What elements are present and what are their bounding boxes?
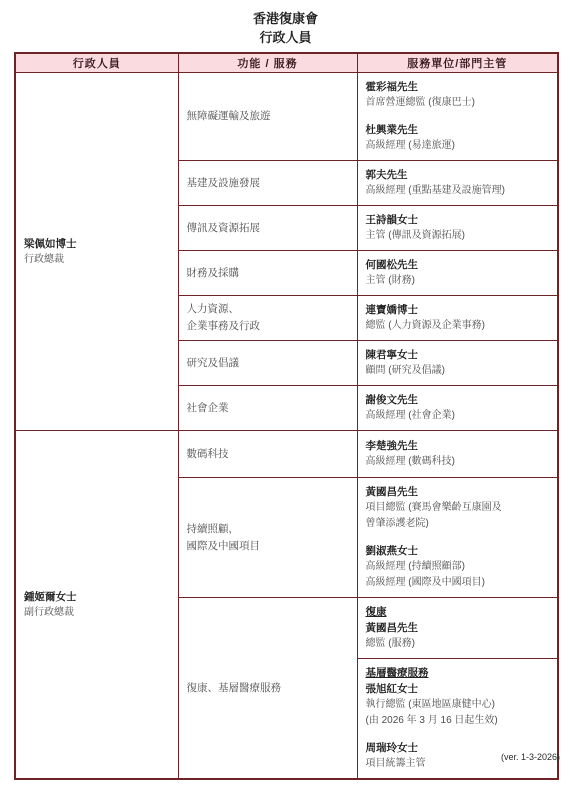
function-label: 基建及設施發展 (187, 175, 353, 192)
function-label: 財務及採購 (187, 265, 353, 282)
staff-cell-transport: 霍彩福先生 首席營運總監 (復康巴士) 杜興業先生 高級經理 (易達旅運) (357, 73, 558, 161)
document-header: 香港復康會 行政人員 (0, 9, 571, 47)
staff-entry: 霍彩福先生 首席營運總監 (復康巴士) (366, 79, 554, 111)
function-label: 研究及倡議 (187, 355, 353, 372)
staff-cell-rehab: 復康 黃國昌先生 總監 (服務) (357, 598, 558, 659)
executive-cell-deputy-ceo: 鍾姬爾女士 副行政總裁 (15, 431, 178, 780)
staff-name: 杜興業先生 (366, 122, 554, 138)
function-label: 無障礙運輸及旅遊 (187, 108, 353, 125)
function-cell-transport: 無障礙運輸及旅遊 (178, 73, 357, 161)
executive-title: 副行政總裁 (24, 605, 174, 621)
version-note: (ver. 1-3-2026) (501, 752, 560, 762)
staff-entry: 黃國昌先生 項目總監 (賽馬會樂齡互康園及 曾肇添護老院) (366, 484, 554, 532)
function-cell-hr: 人力資源、 企業事務及行政 (178, 296, 357, 341)
staff-entry: 王詩韻女士 主管 (傳訊及資源拓展) (366, 212, 554, 244)
staff-title: 主管 (傳訊及資源拓展) (366, 228, 554, 244)
staff-title: 總監 (人力資源及企業事務) (366, 318, 554, 334)
staff-name: 李楚強先生 (366, 438, 554, 454)
staff-title: 高級經理 (重點基建及設施管理) (366, 183, 554, 199)
function-cell-infrastructure: 基建及設施發展 (178, 161, 357, 206)
function-cell-finance: 財務及採購 (178, 251, 357, 296)
staff-title: 高級經理 (易達旅運) (366, 138, 554, 154)
staff-title: 高級經理 (數碼科技) (366, 454, 554, 470)
staff-name: 劉淑燕女士 (366, 543, 554, 559)
function-label: 數碼科技 (187, 446, 353, 463)
staff-cell-continuing-care: 黃國昌先生 項目總監 (賽馬會樂齡互康園及 曾肇添護老院) 劉淑燕女士 高級經理… (357, 478, 558, 598)
staff-title: 執行總監 (東區地區康健中心) (366, 697, 554, 713)
function-cell-rehab-primary-care: 復康、基層醫療服務 (178, 598, 357, 780)
staff-entry: 陳君寧女士 顧問 (研究及倡議) (366, 347, 554, 379)
function-cell-research: 研究及倡議 (178, 341, 357, 386)
staff-name: 何國松先生 (366, 257, 554, 273)
staff-group-heading: 復康 (366, 604, 554, 620)
staff-name: 王詩韻女士 (366, 212, 554, 228)
function-label: 復康、基層醫療服務 (187, 680, 353, 697)
function-cell-digital: 數碼科技 (178, 431, 357, 478)
staff-cell-research: 陳君寧女士 顧問 (研究及倡議) (357, 341, 558, 386)
staff-entry: 劉淑燕女士 高級經理 (持續照顧部) 高級經理 (國際及中國項目) (366, 543, 554, 591)
staff-name: 霍彩福先生 (366, 79, 554, 95)
staff-title: 高級經理 (持續照顧部) (366, 559, 554, 575)
staff-entry: 基層醫療服務 張旭紅女士 執行總監 (東區地區康健中心) (由 2026 年 3… (366, 665, 554, 729)
staff-cell-hr: 連寶嬌博士 總監 (人力資源及企業事務) (357, 296, 558, 341)
executive-title: 行政總裁 (24, 252, 174, 268)
staff-entry: 謝俊文先生 高級經理 (社會企業) (366, 392, 554, 424)
function-label: 傳訊及資源拓展 (187, 220, 353, 237)
staff-group-heading: 基層醫療服務 (366, 665, 554, 681)
staff-title: 高級經理 (社會企業) (366, 408, 554, 424)
staff-name: 張旭紅女士 (366, 681, 554, 697)
page-title: 行政人員 (0, 28, 571, 47)
staff-cell-finance: 何國松先生 主管 (財務) (357, 251, 558, 296)
staff-title: 曾肇添護老院) (366, 516, 554, 532)
function-label: 國際及中國項目 (187, 538, 353, 555)
function-label: 社會企業 (187, 400, 353, 417)
function-cell-continuing-care: 持續照顧， 國際及中國項目 (178, 478, 357, 598)
org-chart-table: 行政人員 功能 / 服務 服務單位/部門主管 梁佩如博士 行政總裁 無障礙運輸及… (14, 52, 559, 780)
staff-cell-social-enterprise: 謝俊文先生 高級經理 (社會企業) (357, 386, 558, 431)
staff-entry: 何國松先生 主管 (財務) (366, 257, 554, 289)
function-cell-communications: 傳訊及資源拓展 (178, 206, 357, 251)
staff-title: 總監 (服務) (366, 636, 554, 652)
staff-entry: 連寶嬌博士 總監 (人力資源及企業事務) (366, 302, 554, 334)
column-header-executives: 行政人員 (15, 53, 178, 73)
executive-cell-ceo: 梁佩如博士 行政總裁 (15, 73, 178, 431)
staff-entry: 李楚強先生 高級經理 (數碼科技) (366, 438, 554, 470)
staff-name: 黃國昌先生 (366, 620, 554, 636)
executive-name: 鍾姬爾女士 (24, 589, 174, 605)
staff-cell-communications: 王詩韻女士 主管 (傳訊及資源拓展) (357, 206, 558, 251)
staff-entry: 杜興業先生 高級經理 (易達旅運) (366, 122, 554, 154)
staff-entry: 復康 黃國昌先生 總監 (服務) (366, 604, 554, 652)
staff-cell-infrastructure: 郭夫先生 高級經理 (重點基建及設施管理) (357, 161, 558, 206)
staff-title: 主管 (財務) (366, 273, 554, 289)
staff-title: 項目總監 (賽馬會樂齡互康園及 (366, 500, 554, 516)
staff-title: 顧問 (研究及倡議) (366, 363, 554, 379)
staff-entry: 郭夫先生 高級經理 (重點基建及設施管理) (366, 167, 554, 199)
staff-title: 首席營運總監 (復康巴士) (366, 95, 554, 111)
org-title: 香港復康會 (0, 9, 571, 28)
column-header-service-heads: 服務單位/部門主管 (357, 53, 558, 73)
staff-name: 陳君寧女士 (366, 347, 554, 363)
staff-cell-digital: 李楚強先生 高級經理 (數碼科技) (357, 431, 558, 478)
staff-title: (由 2026 年 3 月 16 日起生效) (366, 713, 554, 729)
executive-name: 梁佩如博士 (24, 236, 174, 252)
staff-name: 謝俊文先生 (366, 392, 554, 408)
staff-name: 郭夫先生 (366, 167, 554, 183)
column-header-functions: 功能 / 服務 (178, 53, 357, 73)
function-label: 企業事務及行政 (187, 318, 353, 335)
function-label: 持續照顧， (187, 521, 353, 538)
staff-name: 連寶嬌博士 (366, 302, 554, 318)
staff-name: 黃國昌先生 (366, 484, 554, 500)
function-label: 人力資源、 (187, 301, 353, 318)
staff-title: 高級經理 (國際及中國項目) (366, 575, 554, 591)
function-cell-social-enterprise: 社會企業 (178, 386, 357, 431)
